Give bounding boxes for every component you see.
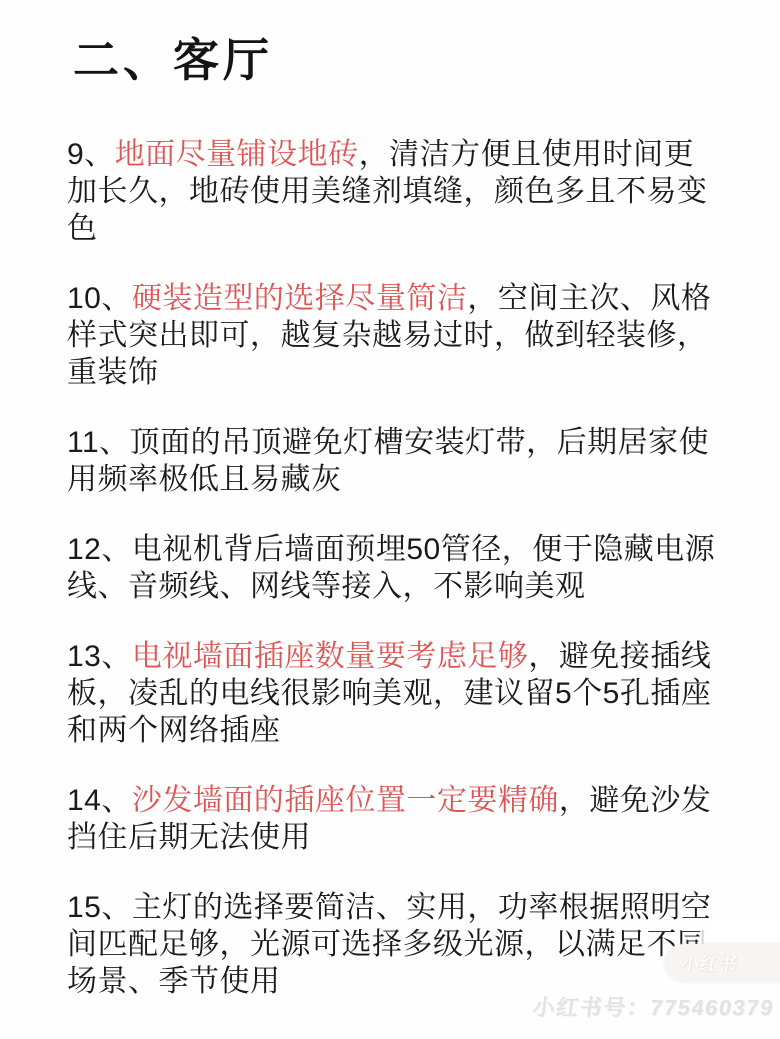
tips-list: 9、地面尽量铺设地砖，清洁方便且使用时间更加长久，地砖使用美缝剂填缝，颜色多且不…	[0, 136, 780, 1000]
xiaohongshu-badge-watermark: 小红书	[665, 944, 780, 982]
tip-item: 15、主灯的选择要简洁、实用，功率根据照明空间匹配足够，光源可选择多级光源，以满…	[67, 889, 722, 1000]
tip-body-text: 电视机背后墙面预埋50管径，便于隐藏电源线、音频线、网线等接入，不影响美观	[67, 533, 715, 603]
tip-number: 15、	[67, 891, 132, 924]
tip-item: 14、沙发墙面的插座位置一定要精确，避免沙发挡住后期无法使用	[67, 782, 722, 856]
xiaohongshu-account-watermark: 小红书号：775460379	[531, 991, 776, 1022]
tip-item: 12、电视机背后墙面预埋50管径，便于隐藏电源线、音频线、网线等接入，不影响美观	[67, 531, 722, 605]
tip-item: 11、顶面的吊顶避免灯槽安装灯带，后期居家使用频率极低且易藏灰	[67, 424, 722, 498]
tip-highlight-text: 地面尽量铺设地砖	[115, 138, 359, 171]
tip-number: 13、	[67, 640, 132, 673]
tip-highlight-text: 硬装造型的选择尽量简洁	[132, 282, 468, 315]
tip-number: 11、	[67, 426, 130, 459]
note-page: 二、客厅 9、地面尽量铺设地砖，清洁方便且使用时间更加长久，地砖使用美缝剂填缝，…	[0, 0, 780, 1039]
tip-item: 9、地面尽量铺设地砖，清洁方便且使用时间更加长久，地砖使用美缝剂填缝，颜色多且不…	[67, 136, 722, 247]
tip-number: 9、	[67, 138, 115, 171]
page-title: 二、客厅	[73, 36, 780, 84]
tip-body-text: 顶面的吊顶避免灯槽安装灯带，后期居家使用频率极低且易藏灰	[67, 426, 709, 496]
tip-item: 13、电视墙面插座数量要考虑足够，避免接插线板，凌乱的电线很影响美观，建议留5个…	[67, 638, 722, 749]
tip-number: 10、	[67, 282, 132, 315]
tip-body-text: 主灯的选择要简洁、实用，功率根据照明空间匹配足够，光源可选择多级光源，以满足不同…	[67, 891, 711, 998]
tip-number: 14、	[67, 784, 132, 817]
tip-item: 10、硬装造型的选择尽量简洁，空间主次、风格样式突出即可，越复杂越易过时，做到轻…	[67, 280, 722, 391]
tip-number: 12、	[67, 533, 132, 566]
xiaohongshu-logo-text: 小红书	[679, 950, 740, 976]
tip-highlight-text: 沙发墙面的插座位置一定要精确	[132, 784, 559, 817]
tip-highlight-text: 电视墙面插座数量要考虑足够	[132, 640, 529, 673]
